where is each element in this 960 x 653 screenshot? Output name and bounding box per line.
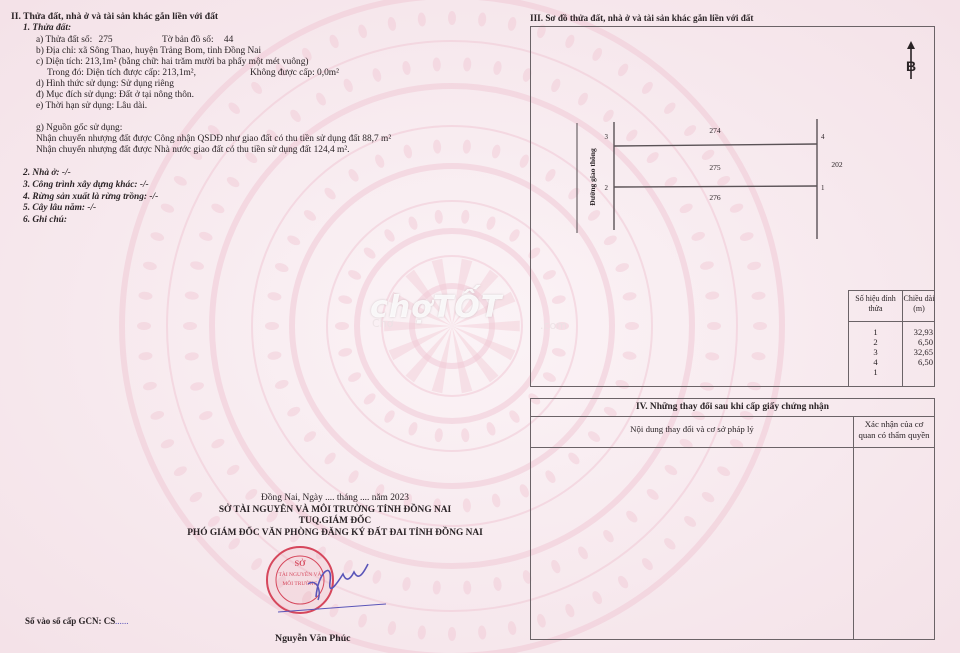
origin-line-1: Nhận chuyển nhượng đất được Công nhận QS… xyxy=(36,134,391,145)
use-purpose: đ) Mục đích sử dụng: Đất ở tại nông thôn… xyxy=(36,90,194,101)
map-sheet: Tờ bản đồ số: 44 xyxy=(162,35,233,46)
map-sheet-label: Tờ bản đồ số: xyxy=(162,35,214,45)
origin-line-2: Nhận chuyển nhượng đất được Nhà nước gia… xyxy=(36,145,349,156)
section-iv-heading: IV. Những thay đổi sau khi cấp giấy chứn… xyxy=(531,399,934,417)
vertex-id: 2 xyxy=(849,337,902,347)
date-line: Đồng Nai, Ngày .... tháng .... năm 2023 xyxy=(150,493,520,504)
signer-name: Nguyễn Văn Phúc xyxy=(275,633,351,644)
registry-label: Số vào sổ cấp GCN: CS xyxy=(25,616,115,626)
parcel-number-label: a) Thửa đất số: 275 xyxy=(36,35,113,46)
svg-text:4: 4 xyxy=(821,133,825,141)
svg-text:SỞ: SỞ xyxy=(295,558,306,568)
use-form: d) Hình thức sử dụng: Sử dụng riêng xyxy=(36,79,174,90)
changes-table-header: Nội dung thay đổi và cơ sở pháp lý Xác n… xyxy=(531,417,934,448)
length-row: 332,65 xyxy=(849,347,935,357)
on-behalf: TUQ.GIÁM ĐỐC xyxy=(150,516,520,527)
section-iii-heading: III. Sơ đồ thửa đất, nhà ở và tài sản kh… xyxy=(530,13,753,24)
area-granted: Trong đó: Diện tích được cấp: 213,1m², xyxy=(47,68,196,79)
col-length-header: Chiều dài (m) xyxy=(903,291,935,322)
length-row: 1 xyxy=(849,367,935,377)
length-rows: 132,9326,50332,6546,501 xyxy=(849,327,935,377)
length-row: 26,50 xyxy=(849,337,935,347)
official-seal-and-signature: SỞ TÀI NGUYÊN VÀ MÔI TRƯỜNG xyxy=(258,542,388,622)
agency-name: SỞ TÀI NGUYÊN VÀ MÔI TRƯỜNG TỈNH ĐỒNG NA… xyxy=(150,505,520,516)
svg-text:3: 3 xyxy=(605,133,609,141)
section-ii-item: 5. Cây lâu năm: -/- xyxy=(23,203,96,214)
column-divider xyxy=(853,417,854,639)
svg-text:2: 2 xyxy=(605,184,609,192)
area-not-granted: Không được cấp: 0,0m² xyxy=(250,68,339,79)
signer-position: PHÓ GIÁM ĐỐC VĂN PHÒNG ĐĂNG KÝ ĐẤT ĐAI T… xyxy=(150,528,520,539)
changes-table: IV. Những thay đổi sau khi cấp giấy chứn… xyxy=(530,398,935,640)
edge-length: 6,50 xyxy=(918,357,933,367)
map-sheet-number: 44 xyxy=(224,35,233,45)
svg-text:Đường giao thông: Đường giao thông xyxy=(588,148,597,206)
address: b) Địa chỉ: xã Sông Thao, huyện Trảng Bo… xyxy=(36,46,261,57)
section-ii-item: 3. Công trình xây dựng khác: -/- xyxy=(23,180,149,191)
col-content-header: Nội dung thay đổi và cơ sở pháp lý xyxy=(531,417,853,447)
parcel-label: a) Thửa đất số: xyxy=(36,35,92,45)
north-arrow-icon: B xyxy=(906,41,916,79)
section-ii-item: 6. Ghi chú: xyxy=(23,215,67,226)
official-seal: SỞ TÀI NGUYÊN VÀ MÔI TRƯỜNG xyxy=(267,547,333,613)
registry-number: Số vào sổ cấp GCN: CS...... xyxy=(25,616,129,627)
length-row: 132,93 xyxy=(849,327,935,337)
col-confirm-line-1: Xác nhận của cơ xyxy=(854,419,934,430)
svg-text:1: 1 xyxy=(821,184,825,192)
col-confirm-header: Xác nhận của cơ quan có thẩm quyền xyxy=(854,419,934,441)
section-ii-item: 4. Rừng sản xuất là rừng trồng: -/- xyxy=(23,192,158,203)
vertex-id: 4 xyxy=(849,357,902,367)
area: c) Diện tích: 213,1m² (bằng chữ: hai tră… xyxy=(36,57,309,68)
origin-label: g) Nguồn gốc sử dụng: xyxy=(36,123,122,134)
svg-text:274: 274 xyxy=(709,126,721,135)
svg-text:202: 202 xyxy=(831,160,843,169)
edge-length: 32,65 xyxy=(914,347,933,357)
parcel-number: 275 xyxy=(99,35,113,45)
edge-length: 32,93 xyxy=(914,327,933,337)
vertex-id: 1 xyxy=(849,367,902,377)
vertex-id: 1 xyxy=(849,327,902,337)
col-vertex-header: Số hiệu đỉnh thửa xyxy=(849,291,903,322)
parcel-diagram: B Đường giao thông 274 275 276 202 3 2 4… xyxy=(530,26,935,387)
use-term: e) Thời hạn sử dụng: Lâu dài. xyxy=(36,101,147,112)
vertex-id: 3 xyxy=(849,347,902,357)
col-confirm-line-2: quan có thẩm quyền xyxy=(854,430,934,441)
land-heading: 1. Thửa đất: xyxy=(23,23,71,34)
svg-text:276: 276 xyxy=(709,193,721,202)
svg-text:TÀI NGUYÊN VÀ: TÀI NGUYÊN VÀ xyxy=(279,570,322,578)
edge-length: 6,50 xyxy=(918,337,933,347)
section-ii-item: 2. Nhà ở: -/- xyxy=(23,168,71,179)
svg-text:B: B xyxy=(906,58,916,74)
length-row: 46,50 xyxy=(849,357,935,367)
svg-text:275: 275 xyxy=(709,163,721,172)
watermark-brand: chợTỐT xyxy=(370,302,502,313)
section-ii-heading: II. Thửa đất, nhà ở và tài sản khác gắn … xyxy=(11,11,218,22)
vertex-length-table: Số hiệu đỉnh thửa Chiều dài (m) 132,9326… xyxy=(848,290,935,387)
registry-value: ...... xyxy=(115,616,129,626)
